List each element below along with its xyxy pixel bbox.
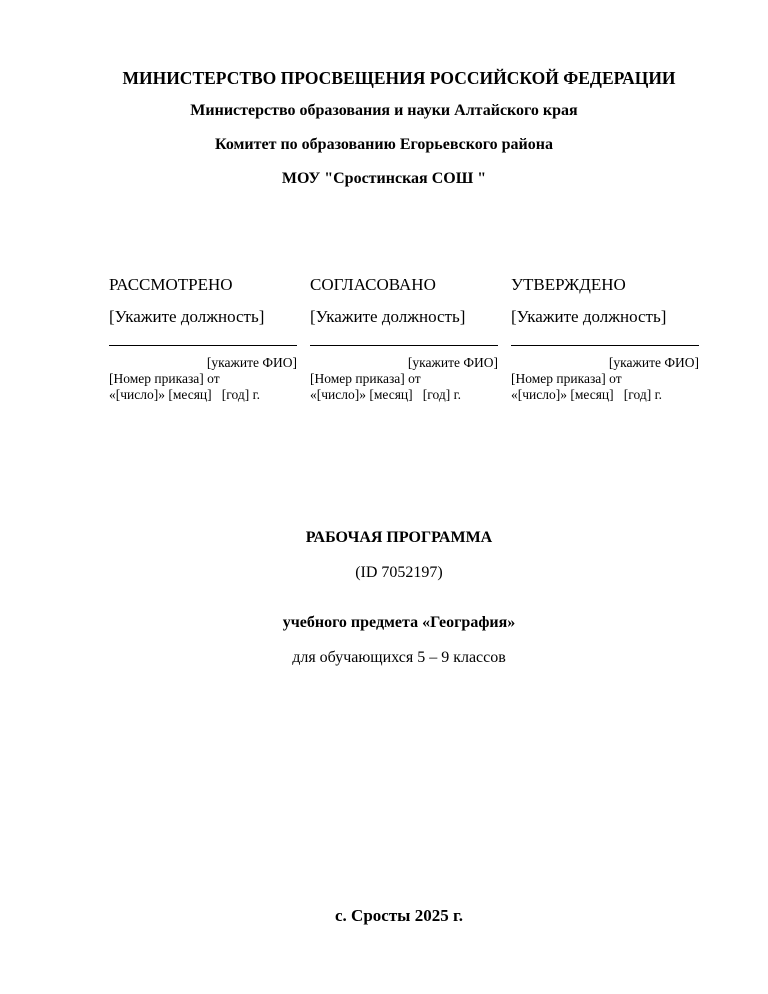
approval-order: [Номер приказа] от — [310, 371, 500, 387]
approval-block-reviewed: РАССМОТРЕНО [Укажите должность] [укажите… — [109, 274, 299, 403]
ministry-federal-heading: МИНИСТЕРСТВО ПРОСВЕЩЕНИЯ РОССИЙСКОЙ ФЕДЕ… — [0, 68, 768, 89]
approval-block-agreed: СОГЛАСОВАНО [Укажите должность] [укажите… — [310, 274, 500, 403]
signature-line — [310, 345, 498, 346]
signature-line — [511, 345, 699, 346]
footer-place-year: с. Сросты 2025 г. — [0, 906, 768, 926]
program-title: РАБОЧАЯ ПРОГРАММА — [0, 529, 768, 547]
approval-title: УТВЕРЖДЕНО — [511, 274, 701, 296]
ministry-regional-heading: Министерство образования и науки Алтайск… — [0, 102, 768, 120]
approval-order: [Номер приказа] от — [109, 371, 299, 387]
approval-block-approved: УТВЕРЖДЕНО [Укажите должность] [укажите … — [511, 274, 701, 403]
school-heading: МОУ "Сростинская СОШ " — [0, 170, 768, 188]
approval-fio: [укажите ФИО] — [511, 355, 699, 371]
approval-date: «[число]» [месяц] [год] г. — [109, 387, 299, 403]
approval-position: [Укажите должность] — [511, 306, 701, 328]
document-page: МИНИСТЕРСТВО ПРОСВЕЩЕНИЯ РОССИЙСКОЙ ФЕДЕ… — [0, 0, 768, 994]
committee-heading: Комитет по образованию Егорьевского райо… — [0, 136, 768, 154]
program-subject: учебного предмета «География» — [0, 614, 768, 632]
approval-order: [Номер приказа] от — [511, 371, 701, 387]
approval-fio: [укажите ФИО] — [310, 355, 498, 371]
approval-title: РАССМОТРЕНО — [109, 274, 299, 296]
program-grades: для обучающихся 5 – 9 классов — [0, 649, 768, 667]
approval-position: [Укажите должность] — [310, 306, 500, 328]
approval-date: «[число]» [месяц] [год] г. — [310, 387, 500, 403]
signature-line — [109, 345, 297, 346]
approval-title: СОГЛАСОВАНО — [310, 274, 500, 296]
approval-fio: [укажите ФИО] — [109, 355, 297, 371]
approval-position: [Укажите должность] — [109, 306, 299, 328]
program-id: (ID 7052197) — [0, 564, 768, 582]
approval-date: «[число]» [месяц] [год] г. — [511, 387, 701, 403]
